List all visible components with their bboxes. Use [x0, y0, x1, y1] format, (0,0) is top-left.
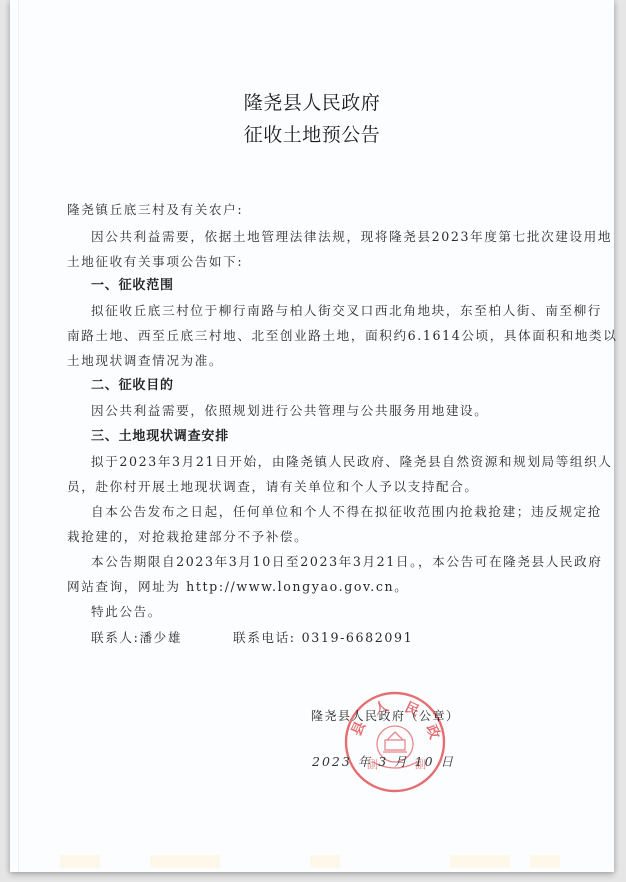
scan-artifact: [60, 855, 100, 868]
addressee: 隆尧镇丘底三村及有关农户:: [67, 201, 557, 219]
section-scope-line: 土地现状调查情况为准。: [67, 352, 557, 370]
scan-artifact: [310, 855, 340, 868]
scan-artifact: [150, 855, 220, 868]
document-page: 隆尧县人民政府 征收土地预公告 隆尧镇丘底三村及有关农户: 因公共利益需要，依据…: [10, 0, 614, 872]
website-line: 网站查询，网址为 http://www.longyao.gov.cn。: [67, 578, 557, 596]
section-heading-survey: 三、土地现状调查安排: [91, 428, 581, 446]
contact-phone-number: 0319-6682091: [302, 630, 414, 645]
section-scope-line: 拟征收丘底三村位于柳行南路与柏人街交叉口西北角地块，东至柏人街、南至柳行: [91, 302, 581, 320]
section-heading-scope: 一、征收范围: [91, 277, 581, 295]
document-title-line2: 征收土地预公告: [10, 120, 614, 147]
official-seal-icon: 县 人 民 政 副 副: [343, 690, 447, 794]
contact-person-name: 潘少雄: [139, 630, 182, 645]
section-survey-line: 拟于2023年3月21日开始，由隆尧镇人民政府、隆尧县自然资源和规划局等组织人: [91, 453, 581, 471]
section-heading-purpose: 二、征收目的: [91, 377, 581, 395]
section-purpose-line: 因公共利益需要，依照规划进行公共管理与公共服务用地建设。: [91, 402, 581, 420]
scan-artifact: [530, 855, 560, 868]
contact-phone: 联系电话:0319-6682091: [233, 629, 626, 647]
section-survey-line: 员，赴你村开展土地现状调查，请有关单位和个人予以支持配合。: [67, 478, 557, 496]
contact-phone-label: 联系电话:: [233, 630, 296, 645]
intro-line-1: 因公共利益需要，依据土地管理法律法规，现将隆尧县2023年度第七批次建设用地: [91, 228, 581, 246]
scan-artifact: [450, 855, 510, 868]
document-title-line1: 隆尧县人民政府: [10, 88, 614, 115]
section-survey-line: 栽抢建的，对抢栽抢建部分不予补偿。: [67, 528, 557, 546]
section-scope-line: 南路土地、西至丘底三村地、北至创业路土地，面积约6.1614公顷，具体面积和地类…: [67, 327, 557, 345]
closing-line: 特此公告。: [91, 603, 581, 621]
section-survey-line: 自本公告发布之日起，任何单位和个人不得在拟征收范围内抢栽抢建；违反规定抢: [91, 503, 581, 521]
intro-line-2: 土地征收有关事项公告如下:: [67, 253, 557, 271]
notice-period-line: 本公告期限自2023年3月10日至2023年3月21日。，本公告可在隆尧县人民政…: [91, 553, 581, 571]
issue-date: 2023 年 3 月 10 日: [312, 752, 455, 770]
issuer-signature: 隆尧县人民政府（公章）: [311, 707, 460, 724]
contact-person-label: 联系人:: [91, 630, 139, 645]
